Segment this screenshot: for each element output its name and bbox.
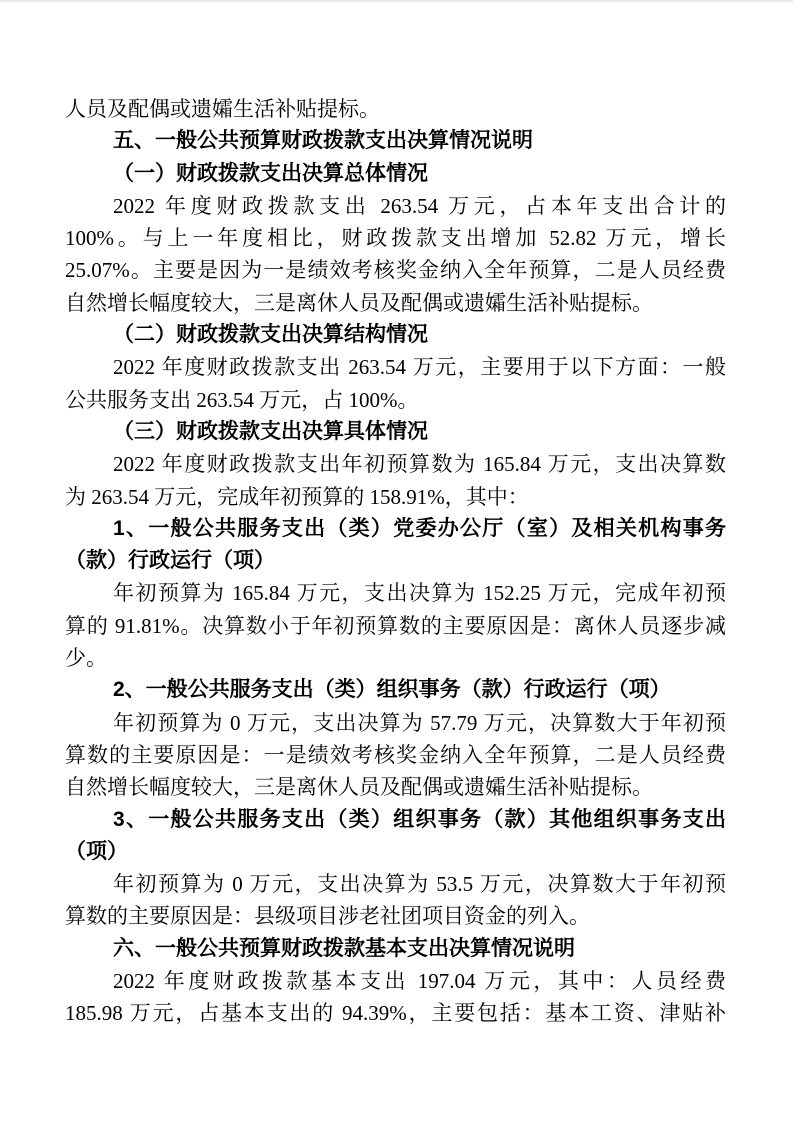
section-heading: 2、一般公共服务支出（类）组织事务（款）行政运行（项） (65, 674, 726, 706)
text-line: 人员及配偶或遗孀生活补贴提标。 (65, 93, 726, 125)
section-heading: 1、一般公共服务支出（类）党委办公厅（室）及相关机构事务（款）行政运行（项） (65, 513, 726, 578)
text-line: （项） (65, 836, 726, 868)
text-line: 算的 91.81%。决算数小于年初预算数的主要原因是：离休人员逐步减 (65, 610, 726, 642)
text-line: 年初预算为 165.84 万元，支出决算为 152.25 万元，完成年初预 (65, 577, 726, 609)
text-line: 算数的主要原因是：一是绩效考核奖金纳入全年预算，二是人员经费 (65, 739, 726, 771)
paragraph: 2022 年度财政拨款支出 263.54 万元，占本年支出合计的100%。与上一… (65, 190, 726, 319)
text-line: 2022 年度财政拨款支出年初预算数为 165.84 万元，支出决算数 (65, 448, 726, 480)
text-line: 2022 年度财政拨款支出 263.54 万元，占本年支出合计的 (65, 190, 726, 222)
text-line: 六、一般公共预算财政拨款基本支出决算情况说明 (65, 933, 726, 965)
text-line: 3、一般公共服务支出（类）组织事务（款）其他组织事务支出 (65, 804, 726, 836)
paragraph: 年初预算为 165.84 万元，支出决算为 152.25 万元，完成年初预算的 … (65, 577, 726, 674)
text-line: 算数的主要原因是：县级项目涉老社团项目资金的列入。 (65, 900, 726, 932)
paragraph: 2022 年度财政拨款支出年初预算数为 165.84 万元，支出决算数为 263… (65, 448, 726, 513)
text-line: 2、一般公共服务支出（类）组织事务（款）行政运行（项） (65, 674, 726, 706)
text-line: 公共服务支出 263.54 万元，占 100%。 (65, 384, 726, 416)
document-page: 人员及配偶或遗孀生活补贴提标。五、一般公共预算财政拨款支出决算情况说明（一）财政… (0, 0, 793, 1122)
paragraph: 2022 年度财政拨款基本支出 197.04 万元，其中：人员经费185.98 … (65, 965, 726, 1030)
text-line: （款）行政运行（项） (65, 545, 726, 577)
text-line: 1、一般公共服务支出（类）党委办公厅（室）及相关机构事务 (65, 513, 726, 545)
text-line: 为 263.54 万元，完成年初预算的 158.91%，其中： (65, 481, 726, 513)
section-heading: （一）财政拨款支出决算总体情况 (65, 158, 726, 190)
paragraph: 年初预算为 0 万元，支出决算为 57.79 万元，决算数大于年初预算数的主要原… (65, 707, 726, 804)
section-heading: 五、一般公共预算财政拨款支出决算情况说明 (65, 125, 726, 157)
text-line: 年初预算为 0 万元，支出决算为 57.79 万元，决算数大于年初预 (65, 707, 726, 739)
text-line: 2022 年度财政拨款基本支出 197.04 万元，其中：人员经费 (65, 965, 726, 997)
text-line: 185.98 万元，占基本支出的 94.39%，主要包括：基本工资、津贴补 (65, 997, 726, 1029)
paragraph: 年初预算为 0 万元，支出决算为 53.5 万元，决算数大于年初预算数的主要原因… (65, 868, 726, 933)
text-line: 五、一般公共预算财政拨款支出决算情况说明 (65, 125, 726, 157)
text-line: 100%。与上一年度相比，财政拨款支出增加 52.82 万元，增长 (65, 222, 726, 254)
section-heading: （二）财政拨款支出决算结构情况 (65, 319, 726, 351)
section-heading: 3、一般公共服务支出（类）组织事务（款）其他组织事务支出（项） (65, 804, 726, 869)
document-content: 人员及配偶或遗孀生活补贴提标。五、一般公共预算财政拨款支出决算情况说明（一）财政… (65, 93, 726, 1030)
text-line: （三）财政拨款支出决算具体情况 (65, 416, 726, 448)
paragraph: 人员及配偶或遗孀生活补贴提标。 (65, 93, 726, 125)
text-line: 年初预算为 0 万元，支出决算为 53.5 万元，决算数大于年初预 (65, 868, 726, 900)
section-heading: 六、一般公共预算财政拨款基本支出决算情况说明 (65, 933, 726, 965)
text-line: （一）财政拨款支出决算总体情况 (65, 158, 726, 190)
section-heading: （三）财政拨款支出决算具体情况 (65, 416, 726, 448)
text-line: 少。 (65, 642, 726, 674)
text-line: 25.07%。主要是因为一是绩效考核奖金纳入全年预算，二是人员经费 (65, 254, 726, 286)
paragraph: 2022 年度财政拨款支出 263.54 万元，主要用于以下方面：一般公共服务支… (65, 351, 726, 416)
text-line: 2022 年度财政拨款支出 263.54 万元，主要用于以下方面：一般 (65, 351, 726, 383)
text-line: 自然增长幅度较大，三是离休人员及配偶或遗孀生活补贴提标。 (65, 287, 726, 319)
text-line: （二）财政拨款支出决算结构情况 (65, 319, 726, 351)
text-line: 自然增长幅度较大，三是离休人员及配偶或遗孀生活补贴提标。 (65, 771, 726, 803)
